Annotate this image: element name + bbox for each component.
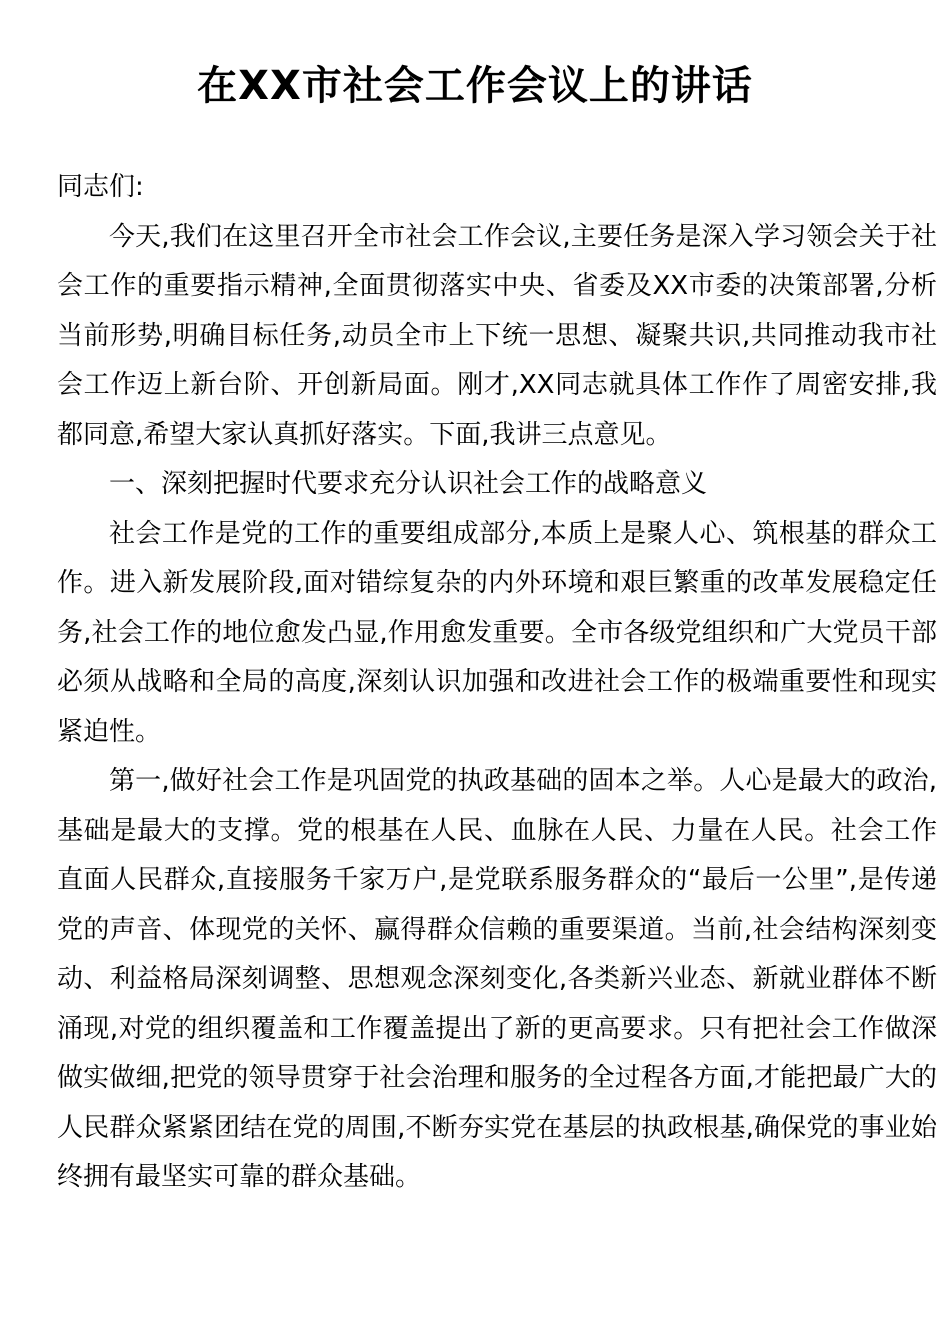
document-title: 在XX市社会工作会议上的讲话 bbox=[0, 0, 950, 114]
document-page: 在XX市社会工作会议上的讲话 同志们: 今天,我们在这里召开全市社会工作会议,主… bbox=[0, 0, 950, 1344]
salutation: 同志们: bbox=[57, 163, 937, 213]
paragraph-point-1: 第一,做好社会工作是巩固党的执政基础的固本之举。人心是最大的政治,基础是最大的支… bbox=[57, 757, 937, 1203]
section-heading-1: 一、深刻把握时代要求充分认识社会工作的战略意义 bbox=[57, 460, 937, 510]
paragraph-section-1-intro: 社会工作是党的工作的重要组成部分,本质上是聚人心、筑根基的群众工作。进入新发展阶… bbox=[57, 510, 937, 758]
document-body: 同志们: 今天,我们在这里召开全市社会工作会议,主要任务是深入学习领会关于社会工… bbox=[57, 163, 937, 1203]
paragraph-opening: 今天,我们在这里召开全市社会工作会议,主要任务是深入学习领会关于社会工作的重要指… bbox=[57, 213, 937, 461]
